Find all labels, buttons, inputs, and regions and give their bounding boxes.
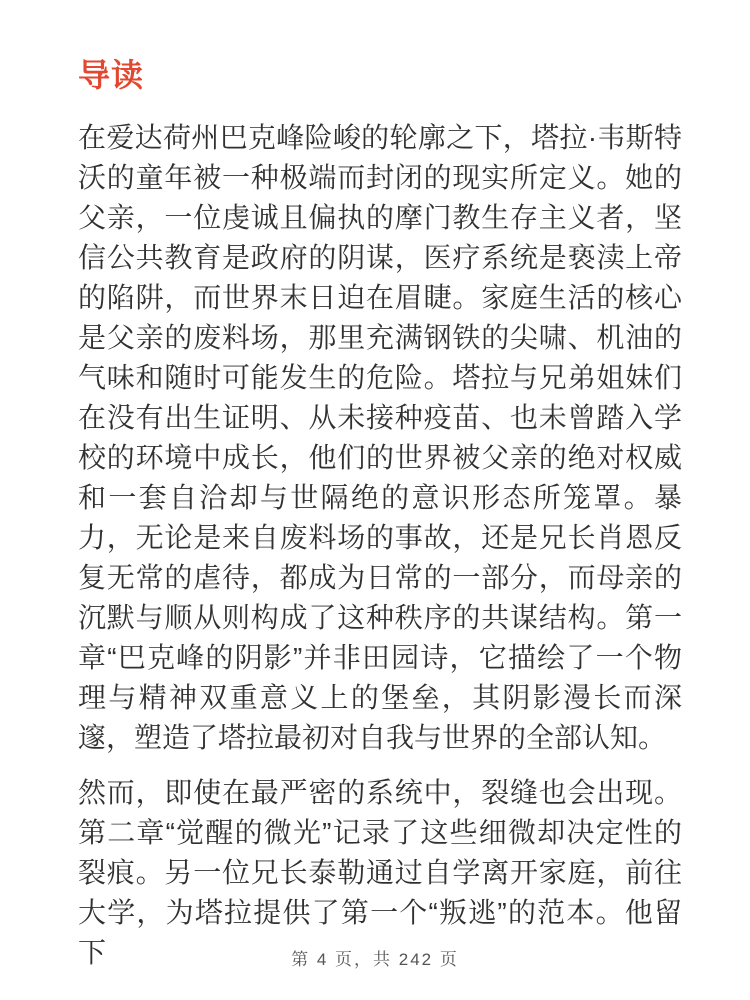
page-number-indicator: 第 4 页，共 242 页 <box>0 945 750 970</box>
section-heading: 导读 <box>78 56 682 94</box>
document-page: 导读 在爱达荷州巴克峰险峻的轮廓之下，塔拉·韦斯特沃的童年被一种极端而封闭的现实… <box>0 0 750 1000</box>
body-text: 在爱达荷州巴克峰险峻的轮廓之下，塔拉·韦斯特沃的童年被一种极端而封闭的现实所定义… <box>78 118 682 973</box>
body-paragraph: 然而，即使在最严密的系统中，裂缝也会出现。第二章“觉醒的微光”记录了这些细微却决… <box>78 773 682 973</box>
body-paragraph: 在爱达荷州巴克峰险峻的轮廓之下，塔拉·韦斯特沃的童年被一种极端而封闭的现实所定义… <box>78 118 682 758</box>
